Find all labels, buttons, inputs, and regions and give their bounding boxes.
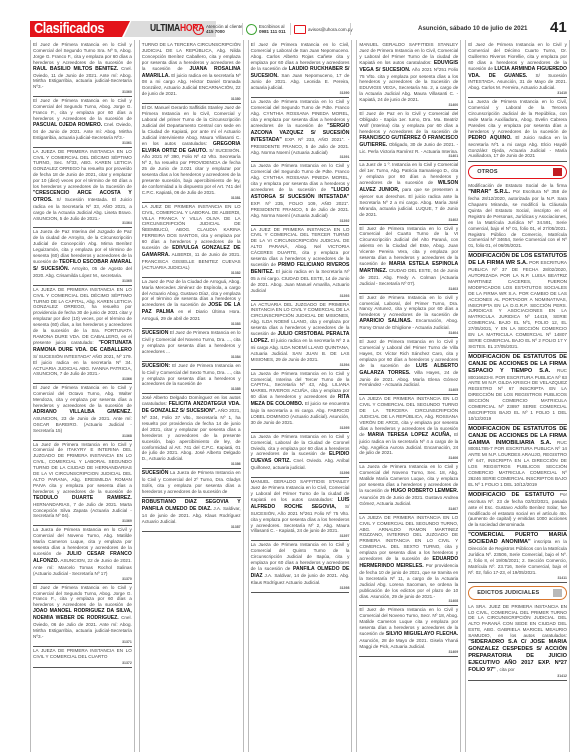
legal-notice: La Jueza de Primera Instancia en lo Civi… bbox=[251, 162, 350, 225]
notice-code: 31390 bbox=[251, 91, 350, 95]
notice-code: 31393 bbox=[251, 294, 350, 298]
notice-code: 31380 bbox=[142, 97, 241, 101]
section-banner: Clasificados bbox=[30, 21, 130, 37]
legal-notice: El Juez de Primera Instancia en lo Civil… bbox=[468, 41, 567, 98]
notice-details: HERNANDARIAS, 7 de Julio de 2021. Marta … bbox=[33, 502, 132, 519]
legal-notice: La Jueza de Paz Interina del Juzgado de … bbox=[33, 228, 132, 285]
legal-notice: LA JUEZA DE PRIMERA INSTANCIA EN LO CIVI… bbox=[33, 148, 132, 229]
notice-text: LA JUEZA DE PRIMERA INSTANCIA EN LO CIVI… bbox=[33, 287, 132, 345]
notice-code: 31383 bbox=[142, 322, 241, 326]
notice-code: 31372 bbox=[33, 661, 132, 665]
dateline: Asunción, sábado 10 de julio de 2021 bbox=[418, 25, 527, 32]
legal-notice: La Jueza de Primera Instancia en lo Civi… bbox=[251, 541, 350, 592]
notice-subject: SUCESIÓN bbox=[142, 470, 169, 476]
notice-code: 31410 bbox=[468, 91, 567, 95]
notice-code: 31365 bbox=[33, 279, 132, 283]
contact-whatsapp[interactable]: Escribinos al0981 111 011 bbox=[246, 21, 286, 37]
page-number: 41 bbox=[550, 19, 567, 36]
notice-code: 31395 bbox=[251, 426, 350, 430]
legal-notice: La Juez de 1 º. Instancia en lo Civil y … bbox=[359, 161, 458, 224]
notice-code: 31404 bbox=[359, 331, 458, 335]
notice-code: 31411 bbox=[468, 576, 567, 580]
legal-notice: LA JUEZ DE PRIMERA INSTANCIA EN LO CIVIL… bbox=[142, 203, 241, 278]
notice-code: 31361 bbox=[33, 141, 132, 145]
notice-code: 31387 bbox=[142, 525, 241, 529]
notice-code: 31391 bbox=[251, 155, 350, 159]
notice-code: 31405 bbox=[359, 388, 458, 392]
legal-notice: LA JUEZA DE PRIMERA INSTANCIA EN LO CIVI… bbox=[359, 514, 458, 607]
notice-code: 31402 bbox=[359, 218, 458, 222]
column-3: El Juez de Primera Instancia en lo Civil… bbox=[248, 40, 353, 752]
notice-text: LA JUEZ DE PRIMERA INSTANCIA EN LO CIVIL… bbox=[142, 204, 241, 250]
notice-text: El Dr. Manuel Gerardo Saffitidis Stanley… bbox=[142, 105, 241, 145]
notice-subject: SUCESION: bbox=[142, 363, 170, 369]
notice-code: 31366 bbox=[33, 377, 132, 381]
legal-notice: El Juez de Primera Instancia en lo Civil… bbox=[33, 384, 132, 440]
notice-subject: "NIRAR" S.R.L. bbox=[468, 189, 510, 195]
notice-code: 31392 bbox=[251, 219, 350, 223]
legal-notice: TURNO DE LA TERCERA CIRCUNSCRIPCIÓN JUDI… bbox=[142, 41, 241, 104]
legal-notice: LA SRA. JUEZ DE PRIMERA INSTANCIA EN LO … bbox=[468, 603, 567, 681]
notice-subject: APARICIO SALINAS. bbox=[359, 318, 411, 324]
legal-notice: SUCESION El Juez de Primera Instancia en… bbox=[142, 329, 241, 362]
notice-details: AÑO 2021, Nº 334, Folio 37 vlto., Secret… bbox=[142, 408, 241, 461]
notice-subject: MODIFICACION DE ESTATUTOS DE CANJE DE AC… bbox=[468, 354, 567, 374]
logo-ultima: ULTIMA bbox=[150, 23, 180, 34]
notice-text: Modificación de Estatuto Social de la fi… bbox=[468, 183, 567, 188]
notice-text: La Jueza de Primera Instancia en lo Civi… bbox=[251, 371, 350, 400]
notice-code: 31408 bbox=[359, 599, 458, 603]
notice-subject: SUCESION bbox=[142, 330, 169, 336]
page-header: Clasificados ULTIMAHORA Atención al clie… bbox=[30, 21, 570, 37]
notice-subject: PEDRO AQUINO. bbox=[468, 135, 512, 141]
notice-code: 31386 bbox=[142, 462, 241, 466]
notice-details: , cita por bbox=[497, 667, 515, 672]
notice-code: 31368 bbox=[33, 434, 132, 438]
legal-notice: SUCESIÓN La Jueza de Primera Instancia e… bbox=[142, 469, 241, 498]
notice-text: El Juez de Paz en lo Civil y Comercial d… bbox=[359, 111, 458, 134]
legal-notice: El Juez de Primera Instancia en lo civil… bbox=[359, 294, 458, 338]
divider bbox=[350, 23, 351, 35]
legal-notice: MODIFICACION DE ESTATUTOS DE CANJE DE AC… bbox=[468, 353, 567, 425]
notice-text: LA JUEZA DE PRIMERA INSTANCIA EN LO CIVI… bbox=[359, 396, 458, 436]
section-header-edictos: EDICTOS JUDICIALES bbox=[468, 586, 567, 600]
notice-subject: MODIFICACION DE ESTATUTOS DE CANJE DE AC… bbox=[468, 426, 567, 446]
section-icon bbox=[553, 589, 562, 597]
notice-code: 31384 bbox=[142, 355, 241, 359]
notice-subject: PASCUAL OJEDA ROMERO. bbox=[33, 122, 102, 128]
notice-text: LA SRA. JUEZ DE PRIMERA INSTANCIA EN LO … bbox=[468, 604, 567, 639]
legal-notice: MANUEL GERALDO SAFFITIDIS STANLEY Juez d… bbox=[359, 41, 458, 110]
notice-code: 31370 bbox=[33, 577, 132, 581]
notice-details: Asunción, 28 de Mayo de 2021. Gisela Yha… bbox=[359, 638, 458, 649]
legal-notice: LA JUEZA DE PRIMERA INSTANCIA EN LO CIVI… bbox=[33, 647, 132, 668]
legal-notice: La Jueza de Primera Instancia en lo Civi… bbox=[251, 433, 350, 478]
legal-notice: El Juez de Primera Instancia en lo Civil… bbox=[359, 606, 458, 656]
legal-notice: La Juez de Paz de la Ciudad de Arroguá, … bbox=[142, 278, 241, 329]
notice-subject: "SIDERADRO S.A C/ JOSE MARIA GONZALEZ CE… bbox=[468, 639, 567, 673]
notice-text: El Juez de Primera Instancia en lo Civil… bbox=[33, 98, 132, 121]
column-4: MANUEL GERALDO SAFFITIDIS STANLEY Juez d… bbox=[356, 40, 461, 752]
notice-text: LA JUEZA DE PRIMERA INSTANCIA EN LO CIVI… bbox=[359, 515, 458, 561]
legal-notice: LA JUEZA DE PRIMERA INSTANCIA EN LO CIVI… bbox=[33, 286, 132, 385]
legal-notice: ROBUSTIANO DIAZ SEGOVIA Y PANFILA OLMEDO… bbox=[142, 498, 241, 532]
notice-details: S/ SUCESIÓN. Año 2021 Nº 390, Folio Nº 4… bbox=[142, 148, 241, 195]
notice-text: La Jueza de Primera Instancia en lo Civi… bbox=[468, 99, 567, 134]
legal-notice: El Juez de Primera Instancia en lo Civil… bbox=[33, 41, 132, 97]
notice-text: La Juez de Primera Instancia en lo Civil… bbox=[33, 442, 132, 494]
notice-code: 31360 bbox=[33, 90, 132, 94]
notice-code: 31409 bbox=[359, 650, 458, 654]
notice-details: RUC 80016623-8. POR ESCRITURA PUBLICA Nº… bbox=[468, 368, 567, 421]
legal-notice: SUCESION: El Juez de Primera Instancia e… bbox=[142, 362, 241, 395]
notice-code: 31371 bbox=[33, 640, 132, 644]
notice-text: LA JUEZ DE PRIMERA INSTANCIA EN LO CIVIL… bbox=[251, 227, 350, 267]
notice-subject: RAUL BASILIO MILTOS BENITEZ. bbox=[33, 66, 118, 72]
notice-subject: ADRIANO VILLALBA GIMENEZ. bbox=[33, 409, 132, 415]
notice-details: S/ SUCESIÓN INTESTADA" AÑO 2021, Nº 179.… bbox=[33, 354, 132, 377]
notice-code: 31385 bbox=[142, 387, 241, 391]
legal-notice: La Jueza de Primera Instancia en lo Civi… bbox=[359, 463, 458, 513]
notice-details: ASUNCION, 23 de Junio de 2021. Ante mí: … bbox=[33, 416, 132, 433]
notice-code: 31382 bbox=[142, 271, 241, 275]
legal-notice: MODIFICACIO DE ESTATUTO Por escritura Nº… bbox=[468, 491, 567, 531]
notice-subject: SILVIO MIGUELAYO FLECHA. bbox=[386, 631, 458, 637]
legal-notice: MANUEL GERALDO SAFFITIDIS STANLEY Juez d… bbox=[251, 478, 350, 541]
contact-phone[interactable]: Atención al cliente415 7000 bbox=[193, 21, 243, 37]
legal-notice: El Juez de Primera Instancia en lo Civil… bbox=[33, 584, 132, 647]
notice-text: El Juez de Primera Instancia en lo civil… bbox=[359, 295, 458, 318]
legal-notice: La Jueza de Primera Instancia en lo Civi… bbox=[33, 526, 132, 583]
legal-notice: El Dr. Manuel Gerardo Saffitidis Stanley… bbox=[142, 104, 241, 203]
notice-code: 31401 bbox=[359, 154, 458, 158]
notice-subject: TEODULO DUARTE RAMIREZ. bbox=[33, 495, 132, 501]
legal-notice: La Jueza de Primera Instancia en lo Civi… bbox=[468, 98, 567, 162]
notice-code: 31396 bbox=[251, 471, 350, 475]
notice-code: 31400 bbox=[359, 103, 458, 107]
legal-notice: El Juez de Primera Instancia en lo Civil… bbox=[251, 41, 350, 98]
section-header-otros: OTROS bbox=[468, 165, 567, 179]
legal-notice: MODIFICACIÓN DE LOS ESTATUTOS DE LA FIRM… bbox=[468, 252, 567, 353]
notice-code: 31407 bbox=[359, 507, 458, 511]
notice-text: El Juez de Primera Instancia en lo Civil… bbox=[33, 42, 132, 65]
notice-text: El Juez de Primera Instancia en lo Civil… bbox=[33, 585, 132, 608]
notice-text: LA JUEZA DE PRIMERA INSTANCIA EN LO CIVI… bbox=[33, 149, 132, 189]
legal-notice: El Juez de Primera Instancia en lo Civil… bbox=[33, 97, 132, 147]
notice-details: EXP. Nº 235, FOLIO 109, AÑO 2021". PRESI… bbox=[251, 201, 350, 218]
notice-details: Asunción 25 de Junio de 2021. Gustavo An… bbox=[359, 495, 458, 506]
notice-code: 31398 bbox=[251, 586, 350, 590]
legal-notice: MODIFICACION DE ESTATUTOS DE CANJE DE AC… bbox=[468, 425, 567, 491]
column-2: TURNO DE LA TERCERA CIRCUNSCRIPCIÓN JUDI… bbox=[139, 40, 244, 752]
legal-notice: La Jueza de Primera Instancia en lo Civi… bbox=[251, 370, 350, 433]
section-title: Clasificados bbox=[34, 20, 104, 37]
notice-code: 31403 bbox=[359, 287, 458, 291]
section-icon bbox=[553, 168, 562, 176]
legal-notice: La Jueza de Primera Instancia en lo Civi… bbox=[251, 98, 350, 162]
column-1: El Juez de Primera Instancia en lo Civil… bbox=[30, 40, 135, 752]
notice-code: 31394 bbox=[251, 363, 350, 367]
legal-notice: José Alberto Delgado Domínguez en los au… bbox=[142, 394, 241, 469]
notice-subject: MODIFICACIO DE ESTATUTO bbox=[468, 492, 554, 498]
column-5: El Juez de Primera Instancia en lo Civil… bbox=[465, 40, 570, 752]
legal-notice: LA ACTUARIA DEL JUZGADO DE PRIMERA INSTA… bbox=[251, 301, 350, 370]
notice-text: El Juez de Primera Instancia en lo Civil… bbox=[359, 226, 458, 266]
whatsapp-icon bbox=[246, 24, 257, 35]
notice-details: POR ESCRITURA PUBLICA Nº 37 DE FECHA 28/… bbox=[468, 260, 567, 349]
legal-notice: El Juez de Paz en lo Civil y Comercial d… bbox=[359, 110, 458, 161]
legal-notice: Modificación de Estatuto Social de la fi… bbox=[468, 182, 567, 252]
legal-notice: El Juez de Primera Instancia en lo Civil… bbox=[359, 338, 458, 395]
notice-subject: HUGO ROBERTO LEMMER. bbox=[391, 488, 458, 494]
legal-notice: LA JUEZ DE PRIMERA INSTANCIA EN LO CIVIL… bbox=[251, 226, 350, 301]
notice-details: RUC 80051785-7 POR ESCRITURA PUBLICA Nº … bbox=[468, 440, 567, 487]
notice-text: MANUEL GERALDO SAFFITIDIS STANLEY Juez d… bbox=[251, 479, 350, 502]
notice-subject: JOAO MANOEL RODRIGUEZ DA SILVA, NOEMIA W… bbox=[33, 608, 132, 621]
notice-code: 31406 bbox=[359, 456, 458, 460]
classifieds-columns: El Juez de Primera Instancia en lo Civil… bbox=[30, 40, 570, 752]
notice-details: J.A. Saldivar, 14 de junio de 2021. Abg.… bbox=[251, 573, 350, 585]
divider bbox=[242, 23, 243, 35]
legal-notice: LA JUEZA DE PRIMERA INSTANCIA EN LO CIVI… bbox=[359, 395, 458, 463]
phone-icon bbox=[193, 24, 204, 35]
divider bbox=[290, 23, 291, 35]
notice-code: 31364 bbox=[33, 221, 132, 225]
notice-code: 31381 bbox=[142, 196, 241, 200]
notice-text: LA JUEZA DE PRIMERA INSTANCIA EN LO CIVI… bbox=[33, 648, 132, 659]
notice-details: Por Escritura Nº 358 de fecha 28/12/2020… bbox=[468, 189, 567, 248]
legal-notice: El Juez de Primera Instancia en lo Civil… bbox=[359, 225, 458, 294]
contact-email[interactable]: avisos@uhora.com.py bbox=[294, 21, 353, 37]
notice-subject: MARIA TERESA LOPEZ ACUÑA, bbox=[368, 432, 451, 438]
notice-code: 31369 bbox=[33, 519, 132, 523]
notice-code: 31412 bbox=[468, 674, 567, 678]
notice-text: El Juez de Primera Instancia en lo Civil… bbox=[33, 385, 132, 408]
legal-notice: "COMERCIAL PUERTO MARIA SOCIEDAD ANONIMA… bbox=[468, 531, 567, 582]
email-icon bbox=[294, 25, 306, 34]
notice-code: 31397 bbox=[251, 534, 350, 538]
legal-notice: La Juez de Primera Instancia en lo Civil… bbox=[33, 441, 132, 527]
